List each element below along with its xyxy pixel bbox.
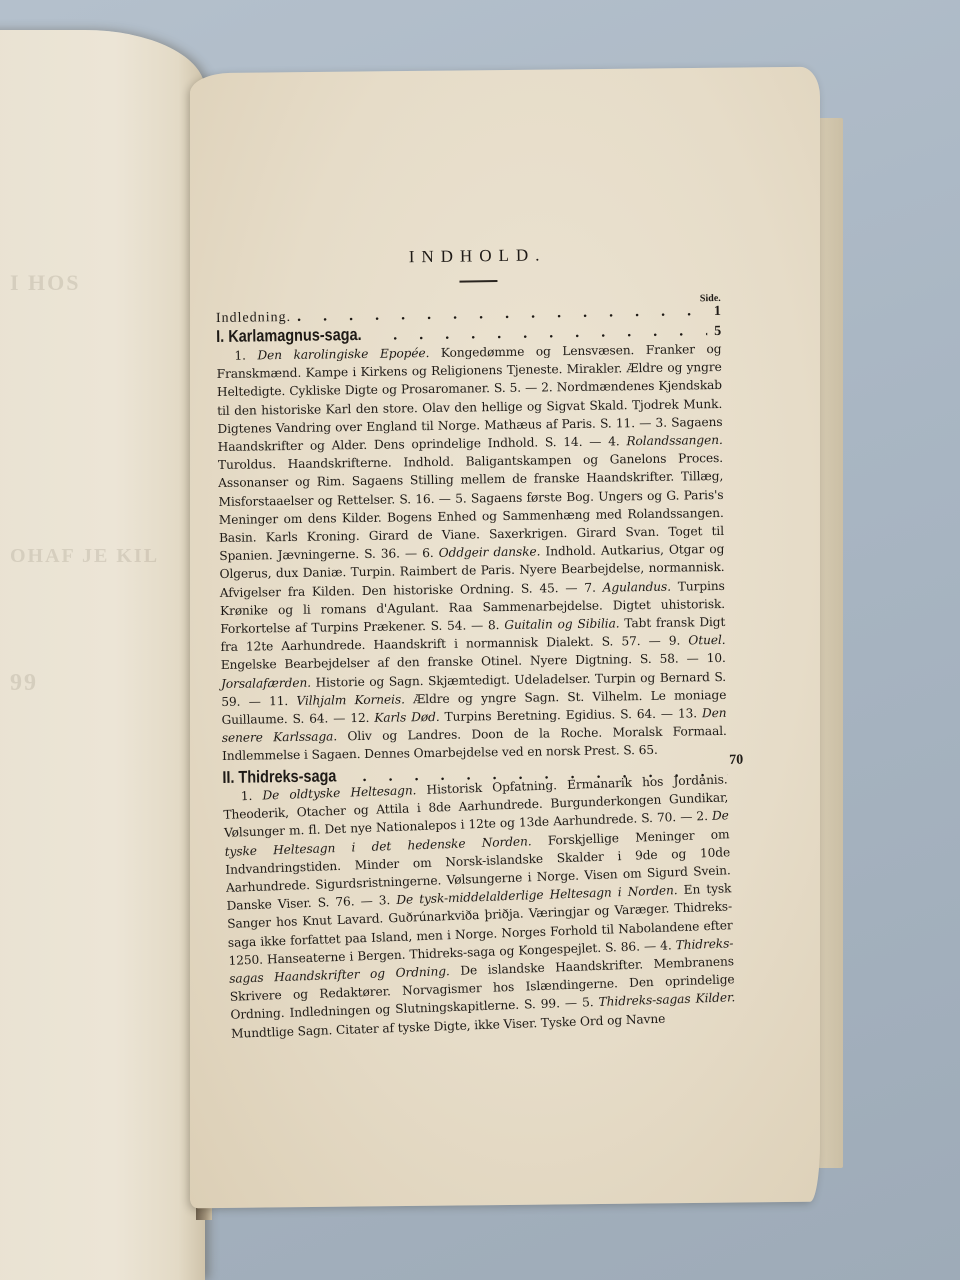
italic-title: Guitalin og Sibilia.	[504, 616, 619, 632]
toc-page-number: 1	[707, 304, 721, 320]
italic-title: Rolandssangen.	[626, 433, 722, 448]
part-summary: 1. De oldtyske Heltesagn. Historisk Opfa…	[223, 770, 737, 1042]
italic-title: Agulandus.	[603, 579, 671, 594]
toc-page-number: 5	[707, 324, 721, 340]
italic-title: Den senere Karlssaga.	[222, 706, 727, 745]
italic-title: Jorsalafærden.	[221, 675, 311, 690]
italic-title: Thidreks-sagas Haandskrifter og Ordning.	[229, 936, 734, 986]
italic-title: Karls Død.	[374, 710, 439, 725]
bleed-through-text: 99	[10, 670, 38, 697]
toc-entry-label: Indledning.	[216, 310, 291, 327]
italic-title: Thidreks-sagas Kilder.	[598, 990, 735, 1009]
italic-title: Den karolingiske Epopée.	[257, 346, 429, 362]
bleed-through-text: I HOS	[10, 270, 81, 296]
italic-title: De tyske Heltesagn i det hedenske Norden…	[224, 808, 729, 858]
toc-page-number: 70	[729, 752, 743, 768]
part-summary: 1. Den karolingiske Epopée. Kongedømme o…	[216, 340, 727, 766]
bleed-through-text: OHAF JE KIL	[10, 545, 159, 568]
italic-title: De tysk-middelalderlige Heltesagn i Nord…	[396, 883, 678, 907]
italic-title: De oldtyske Heltesagn.	[262, 783, 416, 802]
table-of-contents: INDHOLD. Side. Indledning. . . . . . . .…	[215, 243, 731, 1042]
title-rule-divider	[459, 280, 497, 283]
left-page: I HOS OHAF JE KIL 99	[0, 30, 205, 1280]
toc-part-heading: I. Karlamagnus-saga.	[216, 325, 362, 347]
italic-title: Vilhjalm Korneis.	[296, 692, 405, 708]
italic-title: Otuel.	[688, 633, 725, 648]
italic-title: Oddgeir danske.	[439, 545, 541, 560]
